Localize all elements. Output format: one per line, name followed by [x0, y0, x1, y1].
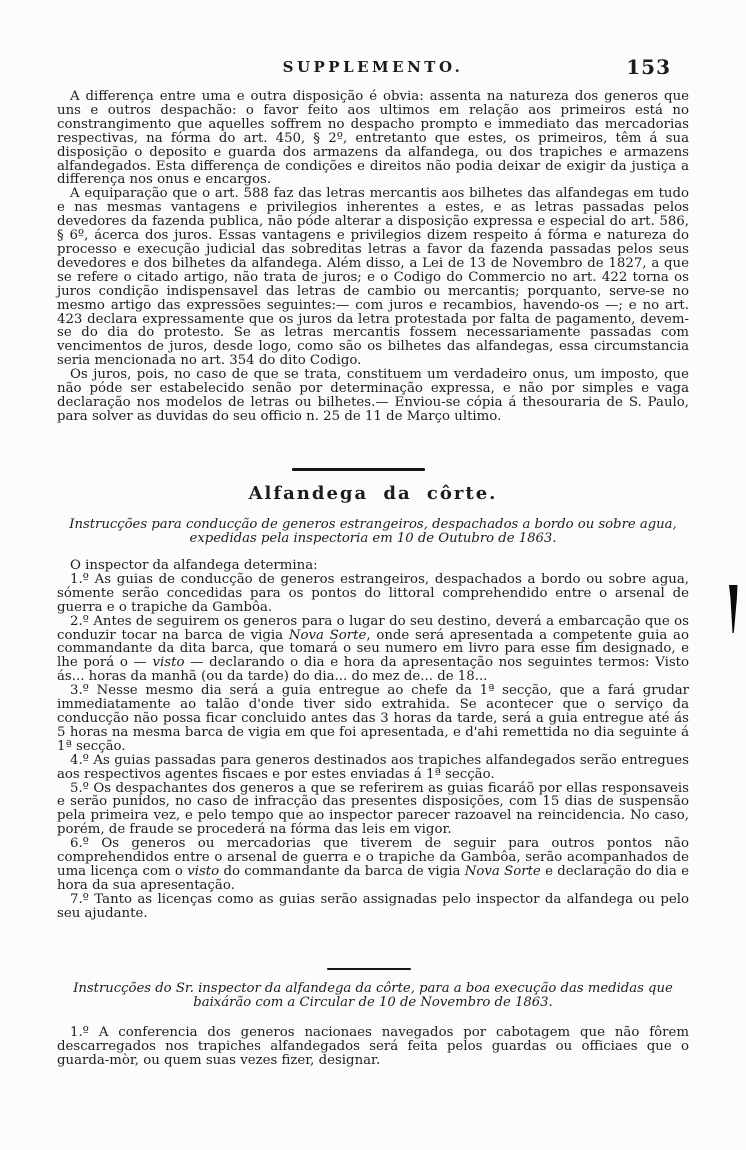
section2-subtitle: Instrucções do Sr. inspector da alfandeg…	[30, 982, 716, 1010]
instruction-paragraph: 1.º As guias de conducção de generos est…	[57, 573, 689, 615]
instruction-paragraph: 3.º Nesse mesmo dia será a guia entregue…	[57, 684, 689, 754]
section-heading: Alfandega da côrte.	[0, 483, 746, 504]
instruction-paragraph: 1.º A conferencia dos generos nacionaes …	[57, 1026, 689, 1068]
section2-paragraphs: 1.º A conferencia dos generos nacionaes …	[57, 1026, 689, 1068]
instruction-paragraph: 4.º As guias passadas para generos desti…	[57, 754, 689, 782]
instruction-paragraph: 7.º Tanto as licenças como as guias serã…	[57, 893, 689, 921]
section1-subtitle: Instrucções para conducção de generos es…	[30, 518, 716, 546]
scanned-page: SUPPLEMENTO. 153 A differença entre uma …	[0, 0, 746, 1150]
subtitle-line: expedidas pela inspectoria em 10 de Outu…	[30, 532, 716, 546]
instruction-paragraph: O inspector da alfandega determina:	[57, 559, 689, 573]
instruction-paragraph: 2.º Antes de seguirem os generos para o …	[57, 615, 689, 685]
paragraph: Os juros, pois, no caso de que se trata,…	[57, 368, 689, 424]
paragraph: A equiparação que o art. 588 faz das let…	[57, 187, 689, 368]
section-divider	[327, 968, 411, 970]
subtitle-line: Instrucções para conducção de generos es…	[30, 518, 716, 532]
section-divider	[292, 468, 425, 471]
section1-paragraphs: O inspector da alfandega determina:1.º A…	[57, 559, 689, 921]
page-number: 153	[626, 55, 671, 79]
paragraph: A differença entre uma e outra disposiçã…	[57, 90, 689, 187]
page-title: SUPPLEMENTO.	[57, 58, 689, 76]
instruction-paragraph: 6.º Os generos ou mercadorias que tivere…	[57, 837, 689, 893]
subtitle-line: Instrucções do Sr. inspector da alfandeg…	[30, 982, 716, 996]
instruction-paragraph: 5.º Os despachantes dos generos a que se…	[57, 782, 689, 838]
subtitle-line: baixárão com a Circular de 10 de Novembr…	[30, 996, 716, 1010]
page-header: SUPPLEMENTO. 153	[57, 58, 689, 84]
intro-paragraphs: A differença entre uma e outra disposiçã…	[57, 90, 689, 424]
ink-smudge-artifact	[728, 585, 738, 633]
